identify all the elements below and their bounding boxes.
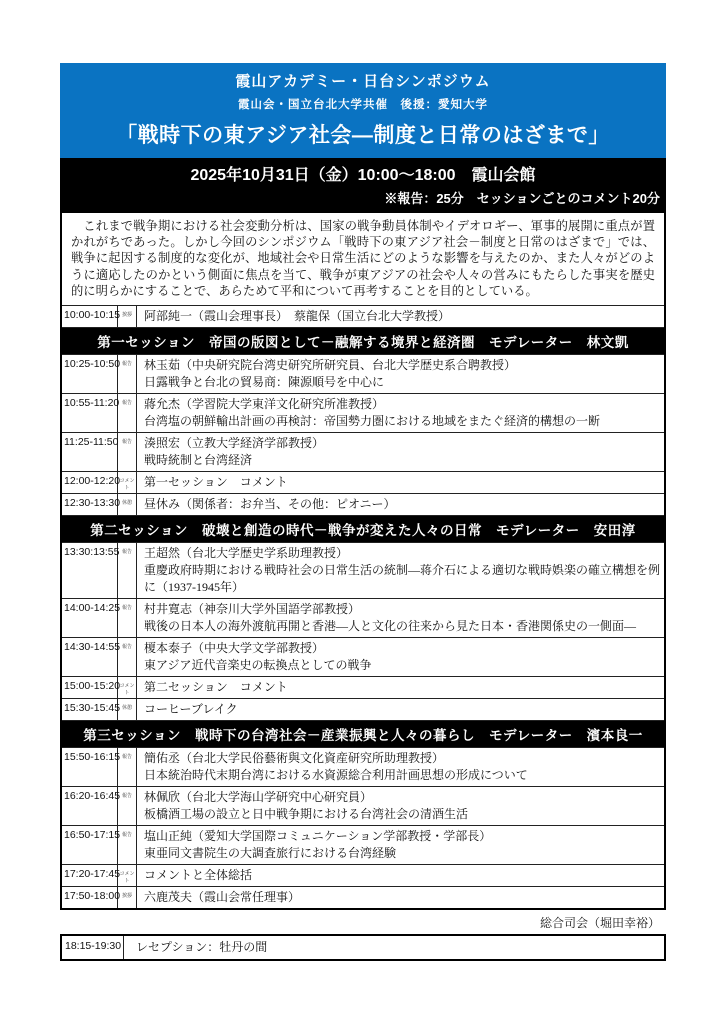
row-type-tag: 報告 — [118, 599, 137, 637]
time-slot: 16:50-17:15 — [62, 826, 118, 864]
speaker-line: 王超然（台北大学歴史学系助理教授） — [144, 545, 660, 562]
time-slot: 18:15-19:30 — [62, 936, 124, 959]
row-content: コメントと全体総括 — [137, 865, 664, 886]
date-venue-line: 2025年10月31日（金）10:00～18:00 霞山会館 — [60, 162, 666, 185]
speaker-line: 林佩欣（台北大学海山学研究中心研究員） — [144, 789, 660, 806]
schedule-row: 17:20-17:45コメントコメントと全体総括 — [62, 864, 664, 886]
row-content: 昼休み（関係者：お弁当、その他：ピオニー） — [137, 494, 664, 515]
schedule-row: 10:55-11:20報告蔣允杰（学習院大学東洋文化研究所准教授）台湾塩の朝鮮輸… — [62, 393, 664, 432]
time-slot: 14:00-14:25 — [62, 599, 118, 637]
row-content: 榎本泰子（中央大学文学部教授）東アジア近代音楽史の転換点としての戦争 — [137, 638, 664, 676]
row-type-tag: 報告 — [118, 394, 137, 432]
row-content: 湊照宏（立教大学経済学部教授）戦時統制と台湾経済 — [137, 433, 664, 471]
row-type-tag: 休憩 — [118, 699, 137, 720]
row-type-tag: 報告 — [118, 787, 137, 825]
time-slot: 10:55-11:20 — [62, 394, 118, 432]
symposium-series-title: 霞山アカデミー・日台シンポジウム — [64, 70, 662, 91]
paper-title-line: 東アジア近代音楽史の転換点としての戦争 — [144, 657, 660, 674]
row-type-tag: 報告 — [118, 826, 137, 864]
schedule-row: 16:20-16:45報告林佩欣（台北大学海山学研究中心研究員）板橋酒工場の設立… — [62, 786, 664, 825]
mc-credit: 総合司会（堀田幸裕） — [60, 910, 666, 934]
schedule-row: 10:25-10:50報告林玉茹（中央研究院台湾史研究所研究員、台北大学歴史系合… — [62, 354, 664, 393]
row-type-tag: コメント — [118, 865, 137, 886]
time-slot: 16:20-16:45 — [62, 787, 118, 825]
speaker-line: 榎本泰子（中央大学文学部教授） — [144, 640, 660, 657]
speaker-line: 第二セッション コメント — [144, 679, 660, 696]
row-type-tag: 挨拶 — [118, 306, 137, 327]
schedule-row: 16:50-17:15報告塩山正純（愛知大学国際コミュニケーション学部教授・学部… — [62, 825, 664, 864]
schedule-body: 10:00-10:15挨拶阿部純一（霞山会理事長） 蔡龍保（国立台北大学教授）第… — [62, 305, 664, 908]
row-type-tag: 報告 — [118, 355, 137, 393]
row-type-tag: 休憩 — [118, 494, 137, 515]
schedule-row: 15:30-15:45休憩コーヒーブレイク — [62, 698, 664, 720]
paper-title-line: 日露戦争と台北の貿易商：陳源順号を中心に — [144, 374, 660, 391]
program-document: 霞山アカデミー・日台シンポジウム 霞山会・国立台北大学共催 後援：愛知大学 「戦… — [60, 63, 666, 961]
row-type-tag: 報告 — [118, 543, 137, 598]
time-slot: 10:25-10:50 — [62, 355, 118, 393]
document-page: 霞山アカデミー・日台シンポジウム 霞山会・国立台北大学共催 後援：愛知大学 「戦… — [0, 0, 724, 1024]
schedule-row: 14:00-14:25報告村井寛志（神奈川大学外国語学部教授）戦後の日本人の海外… — [62, 598, 664, 637]
time-slot: 14:30-14:55 — [62, 638, 118, 676]
paper-title-line: 板橋酒工場の設立と日中戦争期における台湾社会の清酒生活 — [144, 806, 660, 823]
schedule-row: 13:30:13:55報告王超然（台北大学歴史学系助理教授）重慶政府時期における… — [62, 542, 664, 598]
schedule-row: 17:50-18:00挨拶六鹿茂夫（霞山会常任理事） — [62, 886, 664, 908]
symposium-title: 「戦時下の東アジア社会―制度と日常のはざまで」 — [64, 119, 662, 149]
row-content: 蔣允杰（学習院大学東洋文化研究所准教授）台湾塩の朝鮮輸出計画の再検討：帝国勢力圏… — [137, 394, 664, 432]
time-slot: 17:20-17:45 — [62, 865, 118, 886]
date-banner: 2025年10月31日（金）10:00～18:00 霞山会館 ※報告：25分 セ… — [60, 158, 666, 213]
row-content: コーヒーブレイク — [137, 699, 664, 720]
time-slot: 17:50-18:00 — [62, 887, 118, 908]
row-content: 村井寛志（神奈川大学外国語学部教授）戦後の日本人の海外渡航再開と香港―人と文化の… — [137, 599, 664, 637]
speaker-line: 昼休み（関係者：お弁当、その他：ピオニー） — [144, 496, 660, 513]
row-content: 第二セッション コメント — [137, 677, 664, 698]
schedule-row: 14:30-14:55報告榎本泰子（中央大学文学部教授）東アジア近代音楽史の転換… — [62, 637, 664, 676]
speaker-line: 簡佑丞（台北大学民俗藝術與文化資産研究所助理教授） — [144, 750, 660, 767]
session-header: 第一セッション 帝国の版図として－融解する境界と経済圏 モデレーター 林文凱 — [62, 327, 664, 354]
row-content: 林佩欣（台北大学海山学研究中心研究員）板橋酒工場の設立と日中戦争期における台湾社… — [137, 787, 664, 825]
speaker-line: 蔣允杰（学習院大学東洋文化研究所准教授） — [144, 396, 660, 413]
speaker-line: 村井寛志（神奈川大学外国語学部教授） — [144, 601, 660, 618]
row-content: 阿部純一（霞山会理事長） 蔡龍保（国立台北大学教授） — [137, 306, 664, 327]
row-type-tag: 報告 — [118, 638, 137, 676]
speaker-line: コメントと全体総括 — [144, 867, 660, 884]
schedule-row: 15:00-15:20コメント第二セッション コメント — [62, 676, 664, 698]
schedule-row: 12:00-12:20コメント第一セッション コメント — [62, 471, 664, 493]
speaker-line: 林玉茹（中央研究院台湾史研究所研究員、台北大学歴史系合聘教授） — [144, 357, 660, 374]
speaker-line: 六鹿茂夫（霞山会常任理事） — [144, 889, 660, 906]
row-content: 王超然（台北大学歴史学系助理教授）重慶政府時期における戦時社会の日常生活の統制―… — [137, 543, 664, 598]
schedule-row: 12:30-13:30休憩昼休み（関係者：お弁当、その他：ピオニー） — [62, 493, 664, 515]
schedule-row: 15:50-16:15報告簡佑丞（台北大学民俗藝術與文化資産研究所助理教授）日本… — [62, 747, 664, 786]
time-slot: 15:30-15:45 — [62, 699, 118, 720]
paper-title-line: 東亜同文書院生の大調査旅行における台湾経験 — [144, 845, 660, 862]
row-content: 六鹿茂夫（霞山会常任理事） — [137, 887, 664, 908]
intro-paragraph: これまで戦争期における社会変動分析は、国家の戦争動員体制やイデオロギー、軍事的展… — [62, 213, 664, 305]
program-table: これまで戦争期における社会変動分析は、国家の戦争動員体制やイデオロギー、軍事的展… — [60, 213, 666, 910]
header-banner: 霞山アカデミー・日台シンポジウム 霞山会・国立台北大学共催 後援：愛知大学 「戦… — [60, 63, 666, 158]
reception-label: レセプション：牡丹の間 — [124, 936, 664, 959]
speaker-line: コーヒーブレイク — [144, 701, 660, 718]
paper-title-line: 重慶政府時期における戦時社会の日常生活の統制―蒋介石による適切な戦時娯楽の確立構… — [144, 562, 660, 596]
paper-title-line: 戦後の日本人の海外渡航再開と香港―人と文化の往来から見た日本・香港関係史の一側面… — [144, 618, 660, 635]
organizers-line: 霞山会・国立台北大学共催 後援：愛知大学 — [64, 96, 662, 112]
format-note: ※報告：25分 セッションごとのコメント20分 — [60, 185, 666, 207]
time-slot: 15:50-16:15 — [62, 748, 118, 786]
speaker-line: 湊照宏（立教大学経済学部教授） — [144, 435, 660, 452]
schedule-row: 10:00-10:15挨拶阿部純一（霞山会理事長） 蔡龍保（国立台北大学教授） — [62, 305, 664, 327]
speaker-line: 塩山正純（愛知大学国際コミュニケーション学部教授・学部長） — [144, 828, 660, 845]
reception-table: 18:15-19:30 レセプション：牡丹の間 — [60, 934, 666, 961]
speaker-line: 第一セッション コメント — [144, 474, 660, 491]
row-type-tag: コメント — [118, 677, 137, 698]
row-type-tag: 挨拶 — [118, 887, 137, 908]
paper-title-line: 戦時統制と台湾経済 — [144, 452, 660, 469]
schedule-row: 11:25-11:50報告湊照宏（立教大学経済学部教授）戦時統制と台湾経済 — [62, 432, 664, 471]
time-slot: 10:00-10:15 — [62, 306, 118, 327]
row-type-tag: 報告 — [118, 433, 137, 471]
time-slot: 13:30:13:55 — [62, 543, 118, 598]
paper-title-line: 台湾塩の朝鮮輸出計画の再検討：帝国勢力圏における地域をまたぐ経済的構想の一断 — [144, 413, 660, 430]
session-header: 第三セッション 戦時下の台湾社会－産業振興と人々の暮らし モデレーター 濱本良一 — [62, 720, 664, 747]
time-slot: 11:25-11:50 — [62, 433, 118, 471]
row-content: 簡佑丞（台北大学民俗藝術與文化資産研究所助理教授）日本統治時代末期台湾における水… — [137, 748, 664, 786]
row-content: 塩山正純（愛知大学国際コミュニケーション学部教授・学部長）東亜同文書院生の大調査… — [137, 826, 664, 864]
paper-title-line: 日本統治時代末期台湾における水資源総合利用計画思想の形成について — [144, 767, 660, 784]
row-content: 林玉茹（中央研究院台湾史研究所研究員、台北大学歴史系合聘教授）日露戦争と台北の貿… — [137, 355, 664, 393]
time-slot: 15:00-15:20 — [62, 677, 118, 698]
row-type-tag: コメント — [118, 472, 137, 493]
row-content: 第一セッション コメント — [137, 472, 664, 493]
row-type-tag: 報告 — [118, 748, 137, 786]
speaker-line: 阿部純一（霞山会理事長） 蔡龍保（国立台北大学教授） — [144, 308, 660, 325]
session-header: 第二セッション 破壊と創造の時代－戦争が変えた人々の日常 モデレーター 安田淳 — [62, 515, 664, 542]
time-slot: 12:00-12:20 — [62, 472, 118, 493]
time-slot: 12:30-13:30 — [62, 494, 118, 515]
